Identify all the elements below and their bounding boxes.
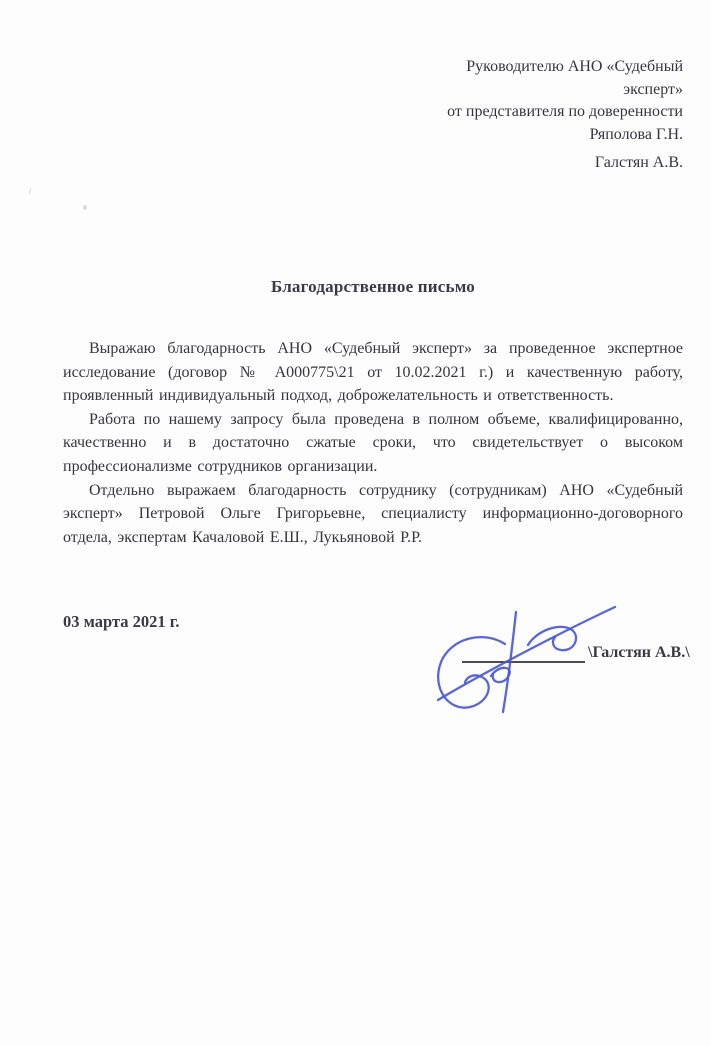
- letter-page: Руководителю АНО «Судебный эксперт» от п…: [0, 0, 711, 1045]
- letter-date: 03 марта 2021 г.: [63, 612, 180, 632]
- scan-artifact-speck: [28, 188, 31, 194]
- body-paragraph: Работа по нашему запросу была проведена …: [63, 408, 683, 479]
- from-line: Ряполова Г.Н.: [343, 124, 683, 147]
- body-paragraph: Отдельно выражаем благодарность сотрудни…: [63, 479, 683, 550]
- page-title: Благодарственное письмо: [63, 277, 683, 297]
- signature-name-label: \Галстян А.В.\: [588, 644, 690, 663]
- from-line: от представителя по доверенности: [343, 101, 683, 124]
- letter-body: Выражаю благодарность АНО «Судебный эксп…: [63, 337, 683, 549]
- body-paragraph: Выражаю благодарность АНО «Судебный эксп…: [63, 337, 683, 408]
- signatory-name: Галстян А.В.: [343, 152, 683, 175]
- signature-line: [462, 645, 585, 663]
- scan-artifact-speck: [83, 205, 87, 210]
- recipient-line: эксперт»: [343, 79, 683, 102]
- recipient-line: Руководителю АНО «Судебный: [343, 56, 683, 79]
- signature-block: \Галстян А.В.\: [462, 644, 690, 663]
- recipient-block: Руководителю АНО «Судебный эксперт» от п…: [343, 56, 683, 175]
